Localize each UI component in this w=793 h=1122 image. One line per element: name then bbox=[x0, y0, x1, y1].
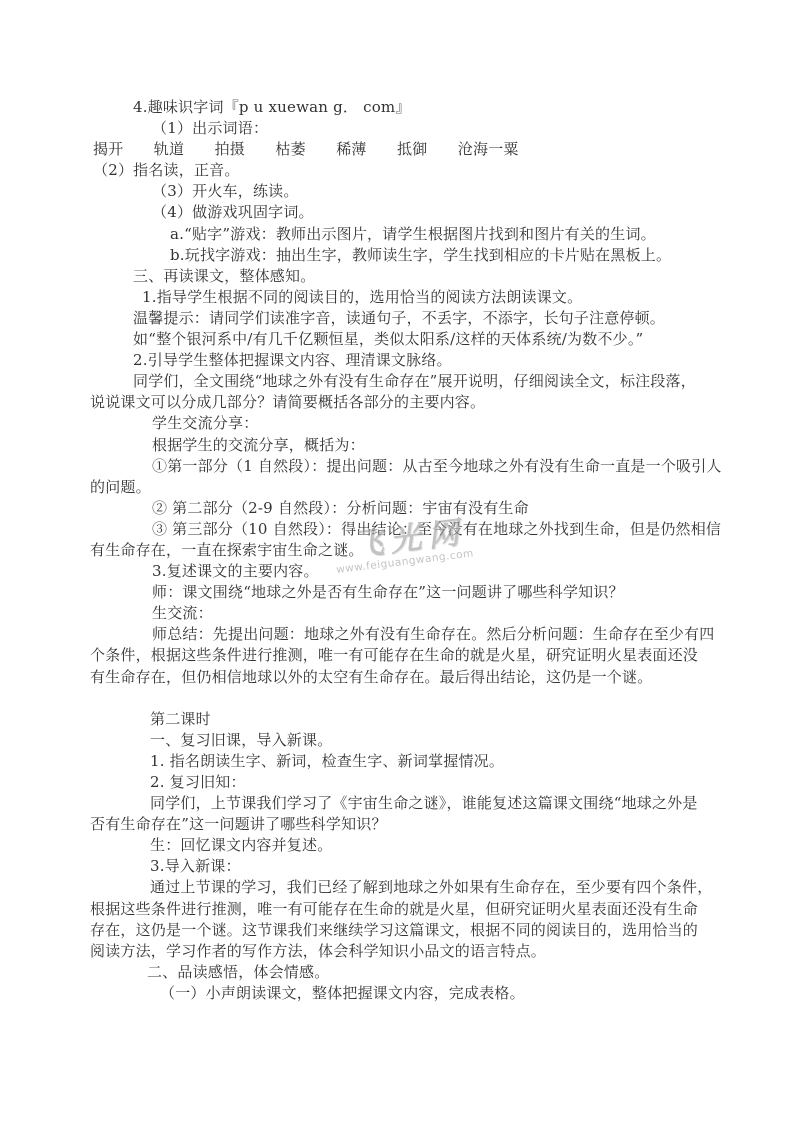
doc-line: b.玩找字游戏：抽出生字，教师读生字，学生找到相应的卡片贴在黑板上。 bbox=[90, 245, 706, 266]
doc-line: 师：课文围绕“地球之外是否有生命存在”这一问题讲了哪些科学知识？ bbox=[90, 582, 706, 603]
doc-line: 有生命存在，一直在探索宇宙生命之谜。 bbox=[90, 540, 706, 561]
doc-line: 一、复习旧课，导入新课。 bbox=[90, 730, 706, 751]
doc-line: 存在，这仍是一个谜。这节课我们来继续学习这篇课文，根据不同的阅读目的，选用恰当的 bbox=[90, 920, 706, 941]
doc-line: 通过上节课的学习，我们已经了解到地球之外如果有生命存在，至少要有四个条件， bbox=[90, 877, 706, 898]
doc-line: 生：回忆课文内容并复述。 bbox=[90, 835, 706, 856]
doc-line: （3）开火车，练读。 bbox=[90, 181, 706, 202]
doc-line: 有生命存在，但仍相信地球以外的太空有生命存在。最后得出结论，这仍是一个谜。 bbox=[90, 667, 706, 688]
doc-line: 3.复述课文的主要内容。 bbox=[90, 561, 706, 582]
doc-line: 揭开 轨道 拍摄 枯萎 稀薄 抵御 沧海一粟 bbox=[90, 139, 706, 160]
doc-line: （4）做游戏巩固字词。 bbox=[90, 202, 706, 223]
doc-line: 1. 指名朗读生字、新词，检查生字、新词掌握情况。 bbox=[90, 751, 706, 772]
doc-line: 否有生命存在”这一问题讲了哪些科学知识？ bbox=[90, 814, 706, 835]
doc-line: 的问题。 bbox=[90, 477, 706, 498]
doc-line: 根据学生的交流分享，概括为： bbox=[90, 435, 706, 456]
doc-line: 如“整个银河系中/有几千亿颗恒星，类似太阳系/这样的天体系统/为数不少。” bbox=[90, 329, 706, 350]
doc-line: 生交流： bbox=[90, 603, 706, 624]
doc-line: 2. 复习旧知： bbox=[90, 772, 706, 793]
doc-line: 温馨提示：请同学们读准字音，读通句子，不丢字，不添字，长句子注意停顿。 bbox=[90, 308, 706, 329]
doc-line: ② 第二部分（2-9 自然段）：分析问题：宇宙有没有生命 bbox=[90, 498, 706, 519]
doc-line: 根据这些条件进行推测，唯一有可能存在生命的就是火星，但研究证明火星表面还没有生命 bbox=[90, 899, 706, 920]
document-body: 4.趣味识字词『p u xuewan g． com』（1）出示词语：揭开 轨道 … bbox=[90, 97, 706, 1004]
doc-line: 师总结：先提出问题：地球之外有没有生命存在。然后分析问题：生命存在至少有四 bbox=[90, 624, 706, 645]
doc-line: 二、品读感悟，体会情感。 bbox=[90, 962, 706, 983]
doc-line: 学生交流分享： bbox=[90, 413, 706, 434]
blank-line bbox=[90, 688, 706, 709]
doc-line: 1.指导学生根据不同的阅读目的，选用恰当的阅读方法朗读课文。 bbox=[90, 287, 706, 308]
doc-line: a.“贴字”游戏：教师出示图片，请学生根据图片找到和图片有关的生词。 bbox=[90, 224, 706, 245]
doc-line: 说说课文可以分成几部分？请简要概括各部分的主要内容。 bbox=[90, 392, 706, 413]
doc-line: （1）出示词语： bbox=[90, 118, 706, 139]
doc-line: ①第一部分（1 自然段）：提出问题：从古至今地球之外有没有生命一直是一个吸引人 bbox=[90, 456, 706, 477]
doc-line: 4.趣味识字词『p u xuewan g． com』 bbox=[90, 97, 706, 118]
document-page: 4.趣味识字词『p u xuewan g． com』（1）出示词语：揭开 轨道 … bbox=[0, 0, 793, 1122]
doc-line: 同学们，全文围绕“地球之外有没有生命存在”展开说明，仔细阅读全文，标注段落， bbox=[90, 371, 706, 392]
doc-line: （2）指名读，正音。 bbox=[90, 160, 706, 181]
doc-line: 阅读方法，学习作者的写作方法，体会科学知识小品文的语言特点。 bbox=[90, 941, 706, 962]
doc-line: 同学们，上节课我们学习了《宇宙生命之谜》，谁能复述这篇课文围绕“地球之外是 bbox=[90, 793, 706, 814]
doc-line: （一）小声朗读课文，整体把握课文内容，完成表格。 bbox=[90, 983, 706, 1004]
doc-line: 三、再读课文，整体感知。 bbox=[90, 266, 706, 287]
doc-line: 2.引导学生整体把握课文内容、理清课文脉络。 bbox=[90, 350, 706, 371]
doc-line: 3.导入新课： bbox=[90, 856, 706, 877]
doc-line: 第二课时 bbox=[90, 709, 706, 730]
doc-line: 个条件，根据这些条件进行推测，唯一有可能存在生命的就是火星，研究证明火星表面还没 bbox=[90, 645, 706, 666]
doc-line: ③ 第三部分（10 自然段）：得出结论：至今没有在地球之外找到生命，但是仍然相信 bbox=[90, 519, 706, 540]
